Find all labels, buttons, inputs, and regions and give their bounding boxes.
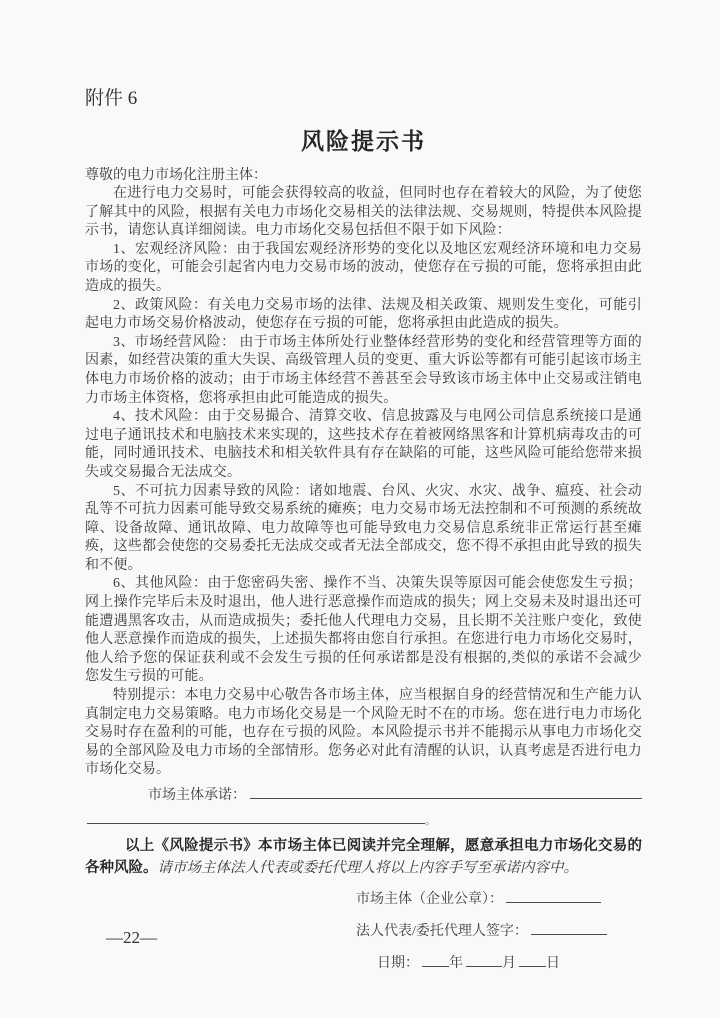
date-month-blank <box>466 953 502 967</box>
commitment-trailing-period: 。 <box>425 815 436 827</box>
day-label: 日 <box>546 956 560 971</box>
salutation-line: 尊敬的电力市场化注册主体： <box>85 166 642 185</box>
entity-seal-label: 市场主体（企业公章）： <box>356 892 503 907</box>
year-label: 年 <box>449 956 463 971</box>
signer-label: 法人代表/委托代理人签字： <box>356 924 528 939</box>
month-label: 月 <box>502 956 516 971</box>
risk-paragraph-other: 6、其他风险：由于您密码失密、操作不当、决策失误等原因可能会使您发生亏损；网上操… <box>85 575 642 687</box>
risk-paragraph-macro: 1、宏观经济风险：由于我国宏观经济形势的变化以及地区宏观经济环境和电力交易市场的… <box>85 241 642 297</box>
commitment-row: 市场主体承诺： <box>85 783 642 809</box>
intro-paragraph: 在进行电力交易时，可能会获得较高的收益，但同时也存在着较大的风险，为了使您了解其… <box>85 185 642 241</box>
acknowledgement-italic-text: 请市场主体法人代表或委托代理人将以上内容手写至承诺内容中。 <box>158 860 579 876</box>
entity-seal-row: 市场主体（企业公章）： <box>356 889 642 910</box>
acknowledgement-paragraph: 以上《风险提示书》本市场主体已阅读并完全理解，愿意承担电力市场化交易的各种风险。… <box>85 836 642 879</box>
risk-paragraph-force-majeure: 5、不可抗力因素导致的风险：诸如地震、台风、火灾、水灾、战争、瘟疫、社会动乱等不… <box>85 483 642 576</box>
date-row: 日期：年月日 <box>377 953 642 974</box>
risk-paragraph-market: 3、市场经营风险： 由于市场主体所处行业整体经营形势的变化和经营管理等方面的因素… <box>85 334 642 408</box>
page-number: —22— <box>106 928 157 948</box>
signer-row: 法人代表/委托代理人签字： <box>356 921 642 942</box>
date-year-blank <box>422 953 449 967</box>
document-page: 附件 6 风险提示书 尊敬的电力市场化注册主体： 在进行电力交易时，可能会获得较… <box>0 0 720 1018</box>
signer-blank <box>531 921 607 935</box>
document-title: 风险提示书 <box>85 127 642 157</box>
commitment-blank-line-1 <box>250 785 642 799</box>
risk-paragraph-tech: 4、技术风险：由于交易撮合、清算交收、信息披露及与电网公司信息系统接口是通过电子… <box>85 408 642 482</box>
entity-seal-blank <box>506 889 601 903</box>
signature-block: 市场主体（企业公章）： 法人代表/委托代理人签字： 日期：年月日 <box>356 889 642 974</box>
special-notice-paragraph: 特别提示：本电力交易中心敬告各市场主体，应当根据自身的经营情况和生产能力认真制定… <box>85 687 642 780</box>
commitment-label: 市场主体承诺： <box>148 783 246 809</box>
commitment-blank-line-2 <box>87 810 425 824</box>
date-day-blank <box>519 953 546 967</box>
risk-paragraph-policy: 2、政策风险：有关电力交易市场的法律、法规及相关政策、规则发生变化，可能引起电力… <box>85 297 642 334</box>
date-label: 日期： <box>377 956 419 971</box>
commitment-row-continued: 。 <box>85 809 642 832</box>
attachment-label: 附件 6 <box>85 86 642 111</box>
